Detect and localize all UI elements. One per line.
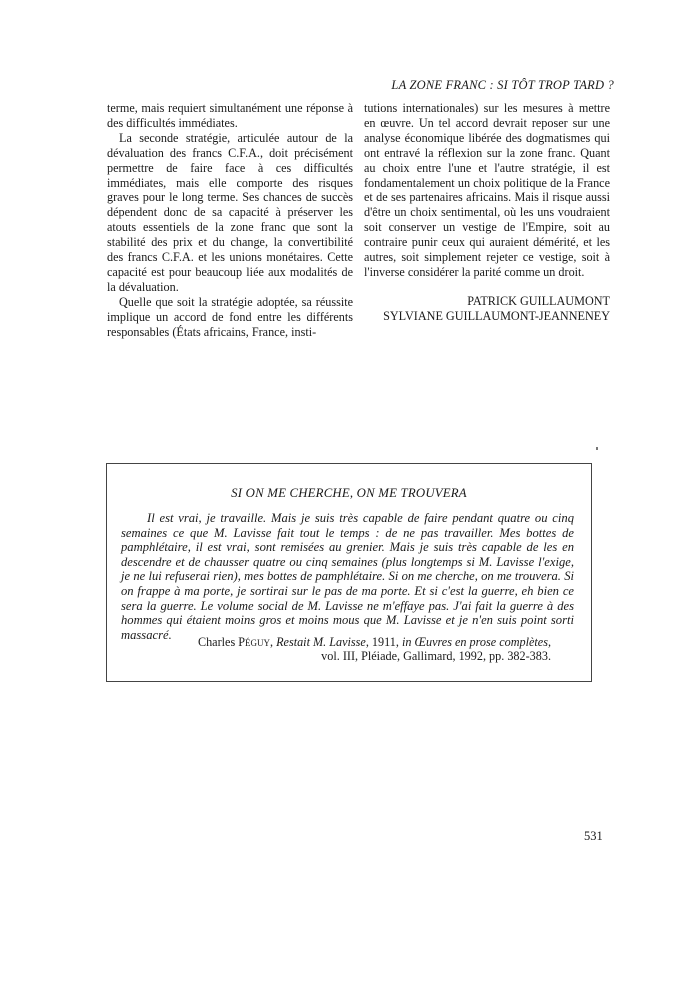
author-signature: PATRICK GUILLAUMONT SYLVIANE GUILLAUMONT… bbox=[364, 294, 610, 324]
citation-work: Restait M. Lavisse bbox=[276, 635, 366, 649]
page-number: 531 bbox=[584, 829, 603, 844]
citation-details: vol. III, Pléiade, Gallimard, 1992, pp. … bbox=[198, 649, 551, 663]
quote-title: SI ON ME CHERCHE, ON ME TROUVERA bbox=[107, 486, 591, 501]
citation-author-first: Charles bbox=[198, 635, 235, 649]
paragraph: terme, mais requiert simultanément une r… bbox=[107, 101, 353, 131]
citation-collection: Œuvres en prose complètes, bbox=[414, 635, 551, 649]
author-name: PATRICK GUILLAUMONT bbox=[364, 294, 610, 309]
paragraph: tutions internationales) sur les mesures… bbox=[364, 101, 610, 280]
article-left-column: terme, mais requiert simultanément une r… bbox=[107, 101, 353, 340]
running-head: LA ZONE FRANC : SI TÔT TROP TARD ? bbox=[391, 78, 614, 93]
citation-year: 1911, bbox=[372, 635, 399, 649]
paragraph: La seconde stratégie, articulée autour d… bbox=[107, 131, 353, 295]
quote-citation: Charles Péguy, Restait M. Lavisse, 1911,… bbox=[198, 635, 551, 664]
quote-body: Il est vrai, je travaille. Mais je suis … bbox=[121, 511, 574, 642]
citation-in: in bbox=[402, 635, 411, 649]
author-name: SYLVIANE GUILLAUMONT-JEANNENEY bbox=[364, 309, 610, 324]
citation-author-last: Péguy bbox=[238, 635, 270, 649]
article-right-column: tutions internationales) sur les mesures… bbox=[364, 101, 610, 324]
print-mark bbox=[596, 447, 598, 450]
quote-box: SI ON ME CHERCHE, ON ME TROUVERA Il est … bbox=[106, 463, 592, 682]
quote-text: Il est vrai, je travaille. Mais je suis … bbox=[121, 511, 574, 642]
paragraph: Quelle que soit la stratégie adoptée, sa… bbox=[107, 295, 353, 340]
